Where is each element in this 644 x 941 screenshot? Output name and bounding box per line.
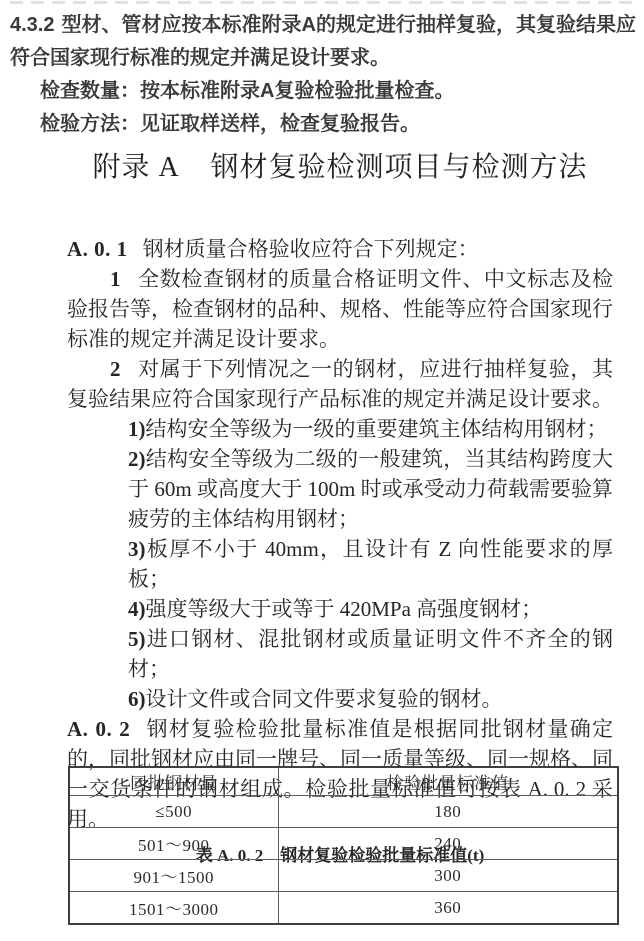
a01-subitem-3-number: 3)	[128, 537, 146, 561]
check-method-line: 检验方法：见证取样送样，检查复验报告。	[10, 108, 636, 141]
table-header-standard-value: 检验批量标准值	[278, 767, 618, 796]
a01-subitem-4: 4)强度等级大于或等于 420MPa 高强度钢材；	[67, 594, 613, 624]
appendix-title-label: 附录 A	[92, 152, 179, 183]
document-page: 4.3.2型材、管材应按本标准附录A的规定进行抽样复验，其复验结果应符合国家现行…	[0, 0, 644, 941]
table-cell-value: 300	[278, 860, 618, 892]
check-quantity-line: 检查数量：按本标准附录A复验检验批量检查。	[10, 75, 636, 108]
a01-subitem-5-number: 5)	[128, 627, 146, 651]
a01-subitem-6-text: 设计文件或合同文件要求复验的钢材。	[146, 687, 503, 711]
table-cell-quantity: 501～900	[69, 828, 278, 860]
table-header-row: 同批钢材量 检验批量标准值	[69, 767, 618, 796]
table-cell-value: 180	[278, 796, 618, 828]
clause-text: 型材、管材应按本标准附录A的规定进行抽样复验，其复验结果应符合国家现行标准的规定…	[10, 14, 636, 69]
table-row: 901～1500 300	[69, 860, 618, 892]
table-row: 501～900 240	[69, 828, 618, 860]
clause-4-3-2-section: 4.3.2型材、管材应按本标准附录A的规定进行抽样复验，其复验结果应符合国家现行…	[0, 0, 644, 141]
clause-4-3-2-paragraph: 4.3.2型材、管材应按本标准附录A的规定进行抽样复验，其复验结果应符合国家现行…	[10, 9, 636, 75]
table-cell-quantity: ≤500	[69, 796, 278, 828]
a01-subitem-5: 5)进口钢材、混批钢材或质量证明文件不齐全的钢材；	[67, 624, 613, 684]
a01-intro-text: 钢材质量合格验收应符合下列规定：	[143, 237, 479, 261]
a01-subitem-5-text: 进口钢材、混批钢材或质量证明文件不齐全的钢材；	[128, 627, 613, 681]
table-row: ≤500 180	[69, 796, 618, 828]
a01-subitem-6-number: 6)	[128, 687, 146, 711]
a01-subitem-3-text: 板厚不小于 40mm，且设计有 Z 向性能要求的厚板；	[128, 537, 613, 591]
clipped-text-remnant	[10, 1, 636, 4]
a01-item2-text: 对属于下列情况之一的钢材，应进行抽样复验，其复验结果应符合国家现行产品标准的规定…	[67, 357, 613, 411]
a01-item1: 1全数检查钢材的质量合格证明文件、中文标志及检验报告等，检查钢材的品种、规格、性…	[67, 264, 613, 354]
a01-subitem-4-number: 4)	[128, 597, 146, 621]
a01-subitem-1-text: 结构安全等级为一级的重要建筑主体结构用钢材；	[146, 417, 608, 441]
a01-subitem-3: 3)板厚不小于 40mm，且设计有 Z 向性能要求的厚板；	[67, 534, 613, 594]
appendix-title-text: 钢材复验检测项目与检测方法	[211, 152, 588, 183]
table-cell-value: 240	[278, 828, 618, 860]
appendix-body: A. 0. 1钢材质量合格验收应符合下列规定： 1全数检查钢材的质量合格证明文件…	[67, 234, 613, 834]
table-cell-value: 360	[278, 892, 618, 925]
a01-subitem-2-text: 结构安全等级为二级的一般建筑，当其结构跨度大于 60m 或高度大于 100m 时…	[128, 447, 613, 531]
a01-item2: 2对属于下列情况之一的钢材，应进行抽样复验，其复验结果应符合国家现行产品标准的规…	[67, 354, 613, 414]
a01-subitem-2: 2)结构安全等级为二级的一般建筑，当其结构跨度大于 60m 或高度大于 100m…	[67, 444, 613, 534]
table-row: 1501～3000 360	[69, 892, 618, 925]
a01-item1-text: 全数检查钢材的质量合格证明文件、中文标志及检验报告等，检查钢材的品种、规格、性能…	[67, 267, 613, 351]
table-cell-quantity: 1501～3000	[69, 892, 278, 925]
a01-subitem-1-number: 1)	[128, 417, 146, 441]
a01-number: A. 0. 1	[67, 237, 128, 261]
table-header-batch-quantity: 同批钢材量	[69, 767, 278, 796]
batch-standard-table: 同批钢材量 检验批量标准值 ≤500 180 501～900 240 901～1…	[68, 766, 619, 925]
clause-number: 4.3.2	[10, 14, 54, 36]
a01-item2-number: 2	[110, 357, 121, 381]
a01-item1-number: 1	[110, 267, 121, 291]
table-cell-quantity: 901～1500	[69, 860, 278, 892]
a01-subitem-2-number: 2)	[128, 447, 146, 471]
appendix-title: 附录 A钢材复验检测项目与检测方法	[67, 149, 613, 187]
a02-number: A. 0. 2	[67, 717, 130, 741]
a01-heading-paragraph: A. 0. 1钢材质量合格验收应符合下列规定：	[67, 234, 613, 264]
a01-subitem-6: 6)设计文件或合同文件要求复验的钢材。	[67, 684, 613, 714]
a01-subitem-1: 1)结构安全等级为一级的重要建筑主体结构用钢材；	[67, 414, 613, 444]
a01-subitem-4-text: 强度等级大于或等于 420MPa 高强度钢材；	[146, 597, 543, 621]
